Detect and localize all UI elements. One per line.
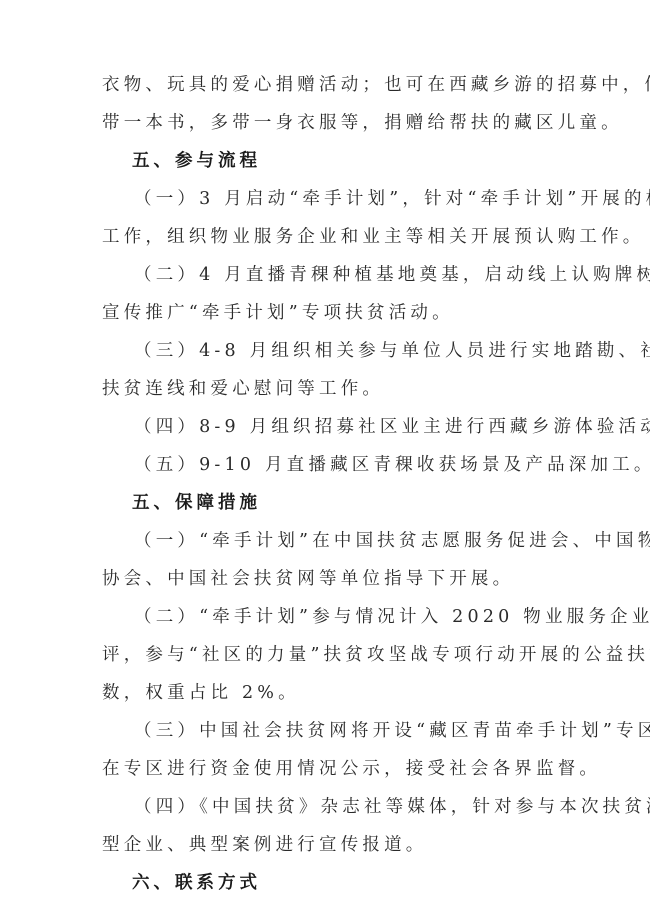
paragraph-line: 宣传推广“牵手计划”专项扶贫活动。 bbox=[102, 302, 454, 324]
paragraph-line: 扶贫连线和爱心慰问等工作。 bbox=[102, 378, 384, 400]
paragraph-line: （一）“牵手计划”在中国扶贫志愿服务促进会、中国物业管理 bbox=[134, 530, 650, 552]
paragraph-line: 数，权重占比 2%。 bbox=[102, 682, 300, 704]
paragraph-line: （四）8-9 月组织招募社区业主进行西藏乡游体验活动。 bbox=[134, 416, 650, 438]
paragraph-line: （二）“牵手计划”参与情况计入 2020 物业服务企业发展指数测 bbox=[134, 606, 650, 628]
paragraph-line: （三）中国社会扶贫网将开设“藏区青苗牵手计划”专区，定期 bbox=[134, 720, 650, 742]
paragraph-line: 工作，组织物业服务企业和业主等相关开展预认购工作。 bbox=[102, 226, 645, 248]
paragraph-line: 评，参与“社区的力量”扶贫攻坚战专项行动开展的公益扶贫活动次 bbox=[102, 644, 650, 666]
paragraph-line: （一）3 月启动“牵手计划”，针对“牵手计划”开展的相关推广 bbox=[134, 188, 650, 210]
paragraph-line: （五）9-10 月直播藏区青稞收获场景及产品深加工。 bbox=[134, 454, 650, 476]
paragraph-line: 带一本书，多带一身衣服等，捐赠给帮扶的藏区儿童。 bbox=[102, 112, 623, 134]
paragraph-line: 型企业、典型案例进行宣传报道。 bbox=[102, 834, 428, 856]
paragraph-line: 协会、中国社会扶贫网等单位指导下开展。 bbox=[102, 568, 514, 590]
paragraph-line: （三）4-8 月组织相关参与单位人员进行实地踏勘、社区推广、 bbox=[134, 340, 650, 362]
section-heading-contact: 六、联系方式 bbox=[132, 872, 261, 894]
paragraph-line: （四）《中国扶贫》杂志社等媒体，针对参与本次扶贫活动的典 bbox=[134, 796, 650, 818]
section-heading-participation: 五、参与流程 bbox=[132, 150, 261, 172]
section-heading-guarantee: 五、保障措施 bbox=[132, 492, 261, 514]
document-page: 衣物、玩具的爱心捐赠活动；也可在西藏乡游的招募中，倡议业主多 带一本书，多带一身… bbox=[0, 0, 650, 919]
paragraph-line: 衣物、玩具的爱心捐赠活动；也可在西藏乡游的招募中，倡议业主多 bbox=[102, 74, 650, 96]
paragraph-line: （二）4 月直播青稞种植基地奠基，启动线上认购牌树立仪式， bbox=[134, 264, 650, 286]
paragraph-line: 在专区进行资金使用情况公示，接受社会各界监督。 bbox=[102, 758, 601, 780]
